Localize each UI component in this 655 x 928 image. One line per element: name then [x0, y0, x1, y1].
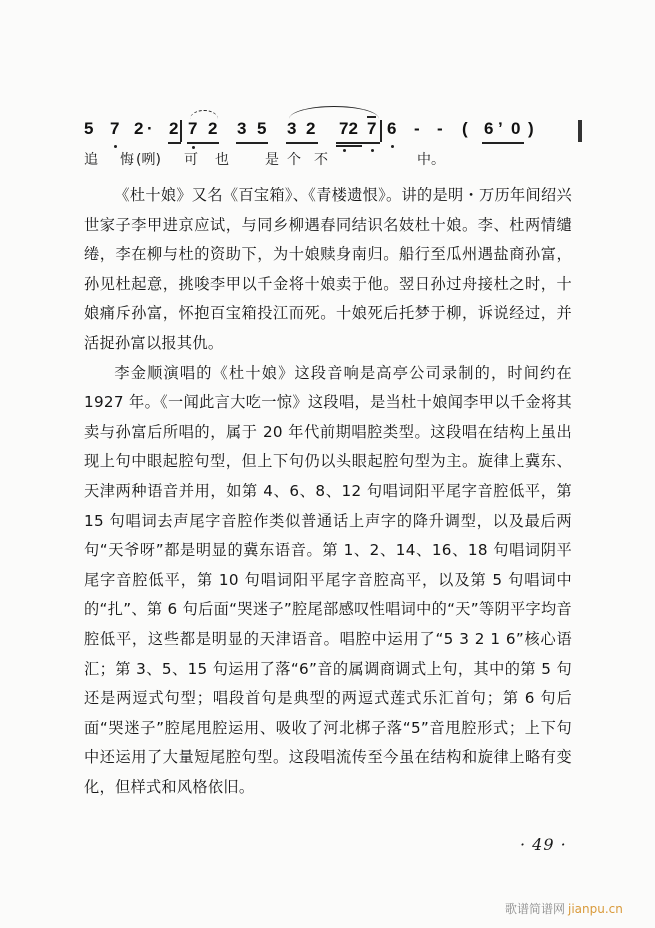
jianpu-note: 5	[84, 118, 93, 140]
lyric-syllable: 追	[84, 150, 98, 170]
lyric-syllable: 中。	[417, 150, 445, 170]
jianpu-note: 7	[188, 118, 197, 140]
lyric-syllable: 悔	[120, 150, 134, 170]
jianpu-note: ·	[147, 118, 153, 140]
jianpu-note: 5	[257, 118, 266, 140]
barline	[380, 120, 382, 142]
jianpu-note: 2	[134, 118, 143, 140]
jianpu-note: 0	[511, 118, 520, 140]
eighth-beam	[236, 142, 268, 144]
jianpu-note: 3	[237, 118, 246, 140]
lyric-syllable: 是	[265, 150, 279, 170]
slur-phrase	[289, 106, 379, 119]
jianpu-note: 7	[367, 118, 376, 140]
jianpu-note: 2	[169, 118, 178, 140]
eighth-beam	[168, 142, 181, 144]
lower-octave-dot	[192, 146, 195, 149]
barline	[180, 120, 182, 142]
jianpu-notation-line: 572·27235327276--(6ʼ0)	[84, 118, 604, 146]
jianpu-note: )	[528, 118, 534, 140]
lyric-syllable: 个	[287, 150, 301, 170]
final-barline	[578, 120, 582, 142]
watermark-site-name: 歌谱简谱网	[505, 902, 565, 916]
jianpu-note: 72	[339, 118, 358, 140]
jianpu-note: 6	[484, 118, 493, 140]
lyric-syllable: 也	[215, 150, 229, 170]
jianpu-note: 2	[208, 118, 217, 140]
page-number: · 49 ·	[520, 835, 567, 854]
lyric-syllable: 不	[314, 150, 328, 170]
article-body: 《杜十娘》又名《百宝箱》、《青楼遗恨》。讲的是明・万历年间绍兴世家子李甲进京应试…	[84, 181, 572, 802]
lower-octave-dot	[114, 145, 117, 148]
watermark: 歌谱简谱网jianpu.cn	[505, 900, 623, 917]
watermark-url[interactable]: jianpu.cn	[568, 902, 623, 916]
lyric-syllable: (咧)	[136, 150, 161, 170]
jianpu-note: 7	[110, 118, 119, 140]
lyrics-line: 追悔(咧)可也是个不中。	[84, 150, 604, 172]
jianpu-note: (	[462, 118, 468, 140]
paragraph-story-summary: 《杜十娘》又名《百宝箱》、《青楼遗恨》。讲的是明・万历年间绍兴世家子李甲进京应试…	[84, 181, 572, 359]
paragraph-analysis: 李金顺演唱的《杜十娘》这段音响是高亭公司录制的，时间约在 1927 年。《一闻此…	[84, 359, 572, 803]
eighth-beam	[482, 142, 524, 144]
jianpu-note: 6	[387, 118, 396, 140]
eighth-beam	[286, 142, 318, 144]
score-page: 572·27235327276--(6ʼ0) 追悔(咧)可也是个不中。 《杜十娘…	[0, 0, 655, 928]
lower-octave-dot	[391, 145, 394, 148]
eighth-beam	[336, 142, 380, 144]
jianpu-note: 2	[306, 118, 315, 140]
eighth-beam	[187, 142, 219, 144]
jianpu-note: 3	[287, 118, 296, 140]
sixteenth-beam	[336, 145, 362, 147]
jianpu-note: -	[414, 118, 420, 140]
lyric-syllable: 可	[184, 150, 198, 170]
jianpu-note: ʼ	[498, 118, 503, 140]
jianpu-note: -	[437, 118, 443, 140]
